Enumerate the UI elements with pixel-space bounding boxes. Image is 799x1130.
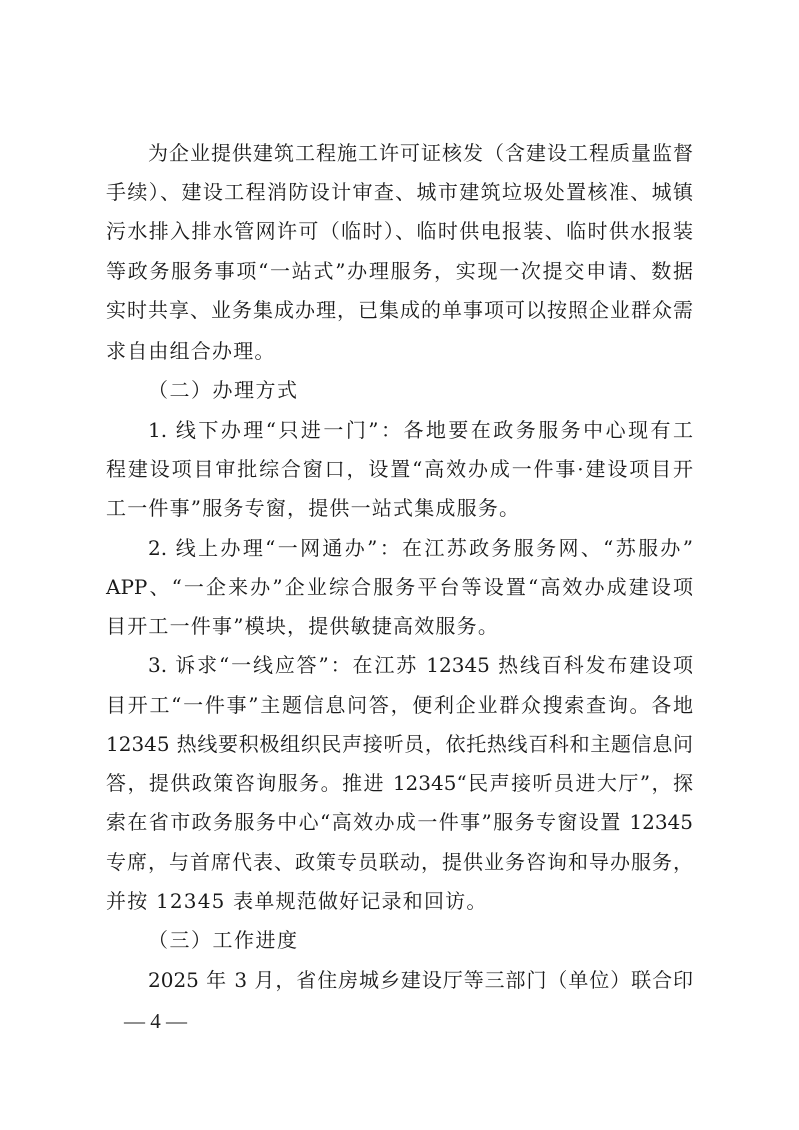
paragraph-line: 并按 12345 表单规范做好记录和回访。: [106, 886, 693, 916]
paragraph-line: 专席，与首席代表、政策专员联动，提供业务咨询和导办服务，: [106, 847, 693, 877]
paragraph-line: 2025 年 3 月，省住房城乡建设厅等三部门（单位）联合印: [148, 965, 693, 995]
paragraph-line: 实时共享、业务集成办理，已集成的单事项可以按照企业群众需: [106, 295, 693, 325]
section-heading: （三）工作进度: [148, 925, 693, 955]
paragraph-line: APP、“一企来办”企业综合服务平台等设置“高效办成建设项: [106, 572, 693, 602]
paragraph-line: 污水排入排水管网许可（临时）、临时供电报装、临时供水报装: [106, 216, 693, 246]
paragraph-line: 工一件事”服务专窗，提供一站式集成服务。: [106, 493, 693, 523]
paragraph-line: 答，提供政策咨询服务。推进 12345“民声接听员进大厅”，探: [106, 768, 693, 798]
document-page: 为企业提供建筑工程施工许可证核发（含建设工程质量监督 手续）、建设工程消防设计审…: [0, 0, 799, 1130]
paragraph-line: 手续）、建设工程消防设计审查、城市建筑垃圾处置核准、城镇: [106, 177, 693, 207]
paragraph-line: 目开工一件事”模块，提供敏捷高效服务。: [106, 611, 693, 641]
paragraph-line: 程建设项目审批综合窗口，设置“高效办成一件事·建设项目开: [106, 454, 693, 484]
section-heading: （二）办理方式: [148, 375, 693, 405]
paragraph-line: 等政务服务事项“一站式”办理服务，实现一次提交申请、数据: [106, 256, 693, 286]
paragraph-line: 目开工“一件事”主题信息问答，便利企业群众搜索查询。各地: [106, 690, 693, 720]
paragraph-line: 3. 诉求“一线应答”：在江苏 12345 热线百科发布建设项: [148, 650, 693, 680]
page-number: — 4 —: [124, 1008, 187, 1034]
paragraph-line: 1. 线下办理“只进一门”：各地要在政务服务中心现有工: [148, 415, 693, 445]
paragraph-line: 索在省市政务服务中心“高效办成一件事”服务专窗设置 12345: [106, 807, 693, 837]
paragraph-line: 2. 线上办理“一网通办”：在江苏政务服务网、“苏服办”: [148, 533, 693, 563]
paragraph-line: 为企业提供建筑工程施工许可证核发（含建设工程质量监督: [148, 138, 693, 168]
paragraph-line: 求自由组合办理。: [106, 336, 693, 366]
paragraph-line: 12345 热线要积极组织民声接听员，依托热线百科和主题信息问: [106, 729, 693, 759]
